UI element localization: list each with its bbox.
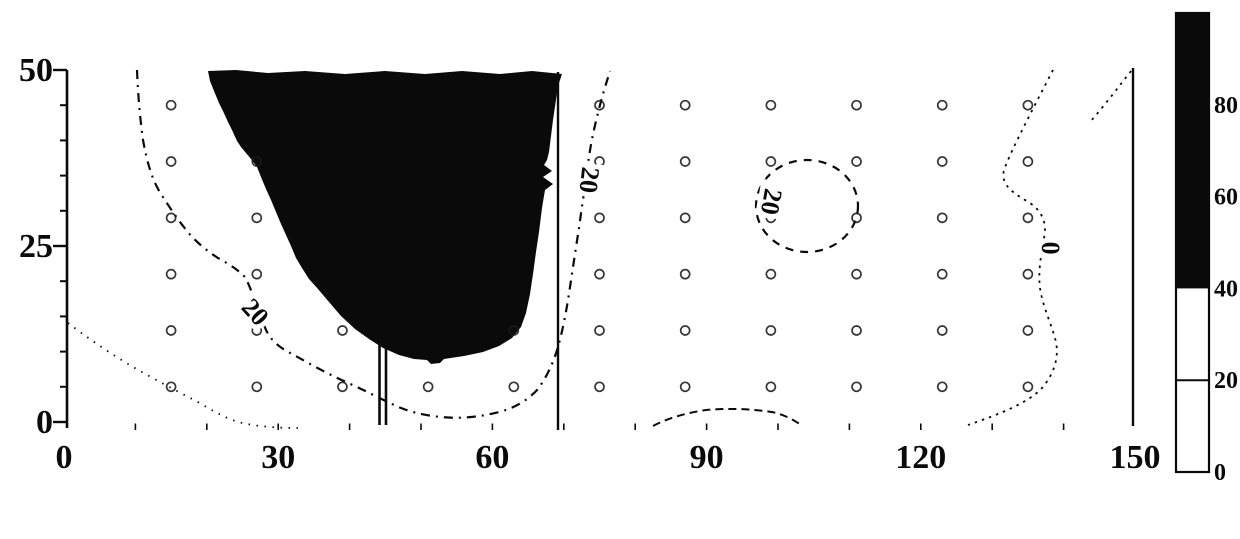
x-axis-ticks — [135, 424, 1063, 431]
station-marker — [681, 101, 690, 110]
station-marker — [938, 326, 947, 335]
contour-label-20: 20 — [574, 166, 606, 195]
station-marker — [424, 382, 433, 391]
station-marker — [338, 382, 347, 391]
x-axis-label-0: 0 — [56, 439, 73, 476]
contour-line-0-middle — [653, 409, 801, 426]
station-marker — [252, 270, 261, 279]
colorbar-label-80: 80 — [1214, 93, 1238, 119]
station-marker — [766, 382, 775, 391]
station-marker — [167, 326, 176, 335]
station-marker — [852, 213, 861, 222]
station-marker — [595, 326, 604, 335]
station-marker — [938, 157, 947, 166]
station-marker — [766, 157, 775, 166]
station-marker — [766, 326, 775, 335]
x-axis-label-90: 90 — [690, 439, 724, 476]
station-marker — [252, 382, 261, 391]
contour-label-0: 0 — [1036, 242, 1065, 255]
station-marker — [1023, 270, 1032, 279]
station-marker — [1023, 213, 1032, 222]
contour-label-20: 20 — [236, 293, 275, 332]
station-marker — [167, 270, 176, 279]
station-marker — [766, 101, 775, 110]
station-marker — [167, 382, 176, 391]
station-marker — [167, 157, 176, 166]
station-marker — [852, 157, 861, 166]
contour-line-0-right-fragment — [1090, 71, 1131, 122]
x-axis-label-150: 150 — [1110, 439, 1161, 476]
contour-plot: 50250 0306090120150 203020200 806040200 — [0, 0, 1240, 539]
station-marker — [252, 213, 261, 222]
y-axis-label-25: 25 — [19, 228, 53, 265]
station-marker — [852, 382, 861, 391]
x-axis-labels: 0306090120150 — [56, 439, 1161, 476]
colorbar-label-20: 20 — [1214, 368, 1238, 394]
station-marker — [766, 270, 775, 279]
station-marker — [938, 101, 947, 110]
station-marker — [852, 326, 861, 335]
station-marker — [681, 213, 690, 222]
station-marker — [338, 326, 347, 335]
y-axis-ticks — [53, 70, 67, 422]
contour-label-20: 20 — [755, 186, 788, 217]
contour-line-0-left — [68, 323, 300, 428]
station-marker — [852, 101, 861, 110]
station-marker — [1023, 326, 1032, 335]
station-marker — [681, 326, 690, 335]
station-marker — [681, 382, 690, 391]
station-marker — [167, 213, 176, 222]
station-marker — [681, 157, 690, 166]
colorbar-label-0: 0 — [1214, 460, 1226, 486]
station-marker — [1023, 157, 1032, 166]
station-marker — [938, 382, 947, 391]
station-marker — [595, 382, 604, 391]
colorbar-filled-segment — [1176, 13, 1209, 288]
station-marker — [1023, 101, 1032, 110]
colorbar-label-60: 60 — [1214, 185, 1238, 211]
station-marker — [938, 213, 947, 222]
station-marker — [681, 270, 690, 279]
station-marker — [938, 270, 947, 279]
x-axis-label-30: 30 — [261, 439, 295, 476]
y-axis-label-50: 50 — [19, 52, 53, 89]
colorbar: 806040200 — [1176, 13, 1238, 486]
station-marker — [852, 270, 861, 279]
station-marker — [595, 213, 604, 222]
double-vertical-lines — [380, 343, 387, 425]
y-axis-label-0: 0 — [36, 404, 53, 441]
station-marker — [509, 382, 518, 391]
x-axis-label-120: 120 — [895, 439, 946, 476]
x-axis-label-60: 60 — [475, 439, 509, 476]
contour-plot-figure: 50250 0306090120150 203020200 806040200 — [0, 0, 1240, 539]
station-marker — [595, 157, 604, 166]
colorbar-label-40: 40 — [1214, 276, 1238, 302]
station-marker — [1023, 382, 1032, 391]
station-marker — [167, 101, 176, 110]
y-axis-labels: 50250 — [19, 52, 53, 441]
station-marker — [595, 270, 604, 279]
